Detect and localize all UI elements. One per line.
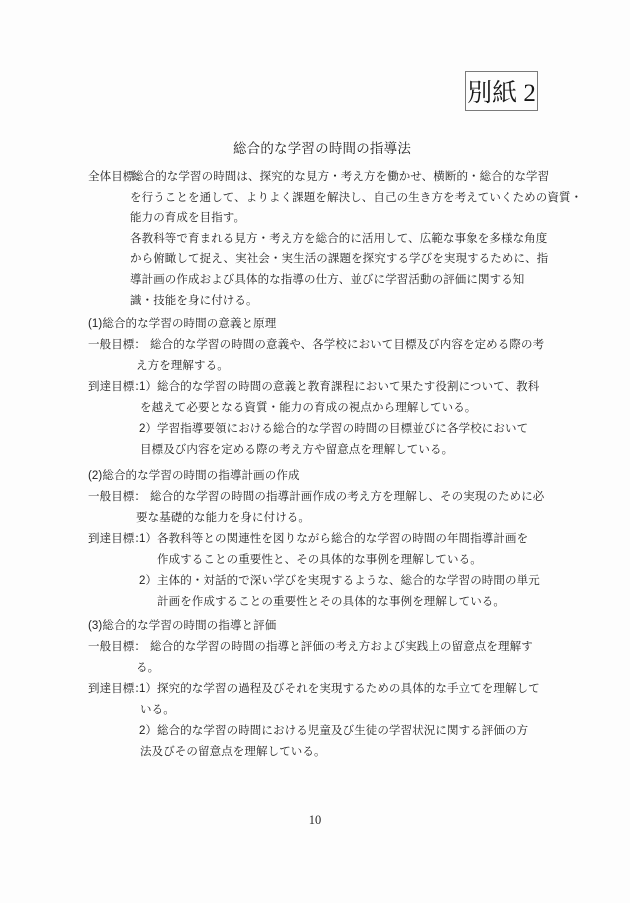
section-2-attain-goal-line: 作成することの重要性と、その具体的な事例を理解している。 (157, 553, 482, 567)
overall-goal-line: 各教科等で育まれる見方・考え方を総合的に活用して、広範な事象を多様な角度 (130, 232, 547, 246)
general-goal-label: 一般目標： (88, 640, 146, 654)
item-number: 1） (139, 682, 157, 696)
page-number: 10 (0, 813, 630, 828)
section-3-attain-goal-line: いる。 (140, 703, 175, 717)
section-1-attain-goal-line: 目標及び内容を定める際の考え方や留意点を理解している。 (140, 443, 453, 457)
overall-goal-line: 能力の育成を目指す。 (130, 211, 245, 225)
overall-goal-line: から俯瞰して捉え、実社会・実生活の課題を探究する学びを実現するために、指 (130, 252, 548, 266)
general-goal-text: 総合的な学習の時間の指導と評価の考え方および実践上の留意点を理解す (150, 640, 533, 654)
section-2-attain-goal-line: 計画を作成することの重要性とその具体的な事例を理解している。 (157, 595, 505, 609)
attain-goal-label: 到達目標： (88, 532, 146, 546)
section-3-attain-goal-line: 法及びその留意点を理解している。 (140, 745, 326, 759)
item-text: 探究的な学習の過程及びそれを実現するための具体的な手立てを理解して (157, 682, 540, 696)
section-2-general-goal-line: 要な基礎的な能力を身に付ける。 (136, 511, 310, 525)
overall-goal-text: 総合的な学習の時間は、探究的な見方・考え方を働かせ、横断的・総合的な学習 (132, 170, 549, 184)
section-1-general-goal-line: え方を理解する。 (136, 359, 229, 373)
section-2-heading: (2)総合的な学習の時間の指導計画の作成 (88, 469, 300, 483)
general-goal-label: 一般目標： (88, 490, 146, 504)
overall-goal-line: 導計画の作成および具体的な指導の仕方、並びに学習活動の評価に関する知 (130, 273, 524, 287)
page-title: 総合的な学習の時間の指導法 (0, 137, 630, 157)
item-text: 学習指導要領における総合的な学習の時間の目標並びに各学校において (157, 422, 528, 436)
item-number: 1） (139, 532, 157, 546)
section-1-attain-goal-line: を越えて必要となる資質・能力の育成の視点から理解している。 (140, 401, 476, 415)
attain-goal-label: 到達目標： (88, 380, 146, 394)
item-number: 2） (139, 724, 157, 738)
section-1-heading: (1)総合的な学習の時間の意義と原理 (88, 317, 276, 331)
item-text: 総合的な学習の時間における児童及び生徒の学習状況に関する評価の方 (157, 724, 528, 738)
item-text: 総合的な学習の時間の意義と教育課程において果たす役割について、教科 (157, 380, 539, 394)
general-goal-text: 総合的な学習の時間の意義や、各学校において目標及び内容を定める際の考 (150, 338, 544, 352)
item-text: 主体的・対話的で深い学びを実現するような、総合的な学習の時間の単元 (157, 574, 540, 588)
overall-goal-line: を行うことを通して、よりよく課題を解決し、自己の生き方を考えていくための資質・ (130, 191, 582, 205)
item-number: 2） (139, 422, 157, 436)
item-number: 2） (139, 574, 157, 588)
section-3-general-goal-line: る。 (136, 661, 159, 675)
overall-goal-line: 識・技能を身に付ける。 (130, 294, 258, 308)
section-3-heading: (3)総合的な学習の時間の指導と評価 (88, 619, 276, 633)
attain-goal-label: 到達目標： (88, 682, 146, 696)
general-goal-text: 総合的な学習の時間の指導計画作成の考え方を理解し、その実現のために必 (150, 490, 544, 504)
attachment-box: 別紙 2 (465, 71, 538, 111)
general-goal-label: 一般目標： (88, 338, 146, 352)
attachment-label: 別紙 2 (467, 73, 536, 109)
item-number: 1） (139, 380, 157, 394)
item-text: 各教科等との関連性を図りながら総合的な学習の時間の年間指導計画を (157, 532, 528, 546)
